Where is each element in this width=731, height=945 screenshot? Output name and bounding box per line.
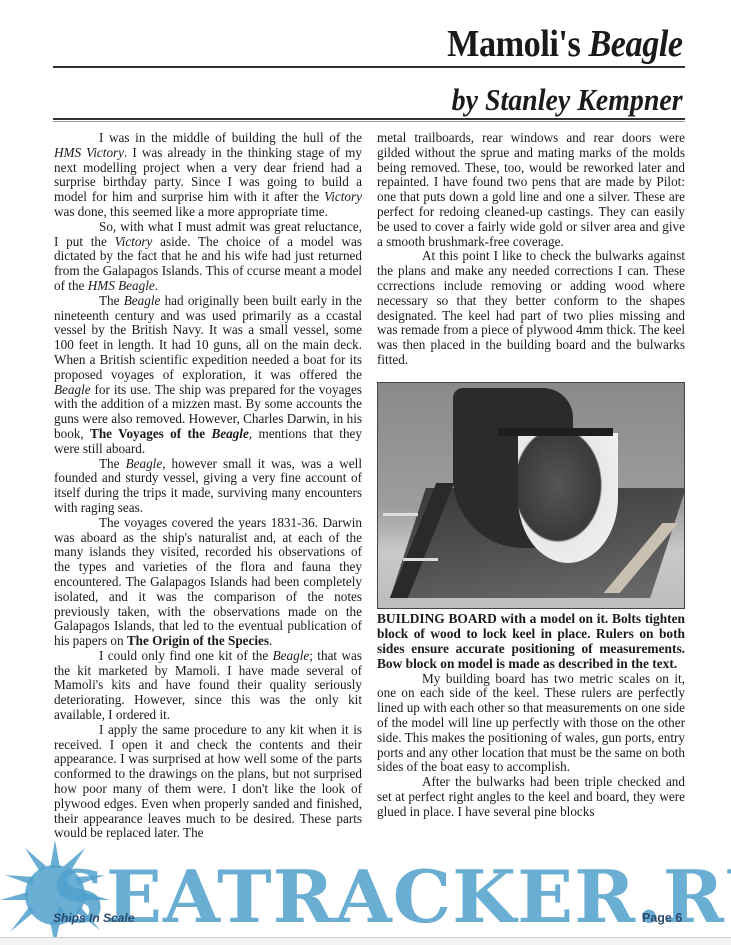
paragraph: I was in the middle of building the hull… bbox=[54, 131, 362, 220]
book-title: The Voyages of the Beagle bbox=[90, 426, 249, 441]
author-byline: by Stanley Kempner bbox=[452, 82, 683, 118]
left-column: I was in the middle of building the hull… bbox=[54, 131, 362, 841]
byline-divider bbox=[53, 118, 685, 120]
paragraph: So, with what I must admit was great rel… bbox=[54, 220, 362, 294]
paragraph: At this point I like to check the bulwar… bbox=[377, 249, 685, 367]
magazine-page: Mamoli's Beagle by Stanley Kempner I was… bbox=[0, 0, 731, 938]
photo-bow-block bbox=[518, 433, 618, 563]
paragraph: I could only find one kit of the Beagle;… bbox=[54, 649, 362, 723]
paragraph: The voyages covered the years 1831-36. D… bbox=[54, 516, 362, 649]
paragraph: My building board has two metric scales … bbox=[377, 672, 685, 776]
title-divider bbox=[53, 66, 685, 68]
page-number: Page 6 bbox=[642, 911, 682, 925]
watermark-text: SEATRACKER.RU bbox=[52, 861, 731, 933]
viewer-bottom-edge bbox=[0, 937, 731, 945]
building-board-photo bbox=[377, 382, 685, 609]
paragraph: I apply the same procedure to any kit wh… bbox=[54, 723, 362, 841]
title-text: Mamoli's bbox=[448, 23, 589, 65]
book-title: The Origin of the Species bbox=[127, 633, 269, 648]
photo-bolt bbox=[383, 513, 418, 516]
article-title: Mamoli's Beagle bbox=[448, 22, 683, 66]
paragraph: The Beagle, however small it was, was a … bbox=[54, 457, 362, 516]
watermark-sun-icon bbox=[0, 840, 731, 945]
right-column: metal trailboards, rear windows and rear… bbox=[377, 131, 685, 820]
photo-deck bbox=[498, 428, 613, 436]
photo-bolt bbox=[403, 558, 438, 561]
title-italic-text: Beagle bbox=[589, 23, 683, 65]
paragraph: metal trailboards, rear windows and rear… bbox=[377, 131, 685, 249]
photo-caption: BUILDING BOARD with a model on it. Bolts… bbox=[377, 611, 685, 672]
publication-name: Ships In Scale bbox=[53, 911, 134, 925]
paragraph: The Beagle had originally been built ear… bbox=[54, 294, 362, 457]
paragraph: After the bulwarks had been triple check… bbox=[377, 775, 685, 819]
byline-divider-thin bbox=[53, 121, 685, 122]
